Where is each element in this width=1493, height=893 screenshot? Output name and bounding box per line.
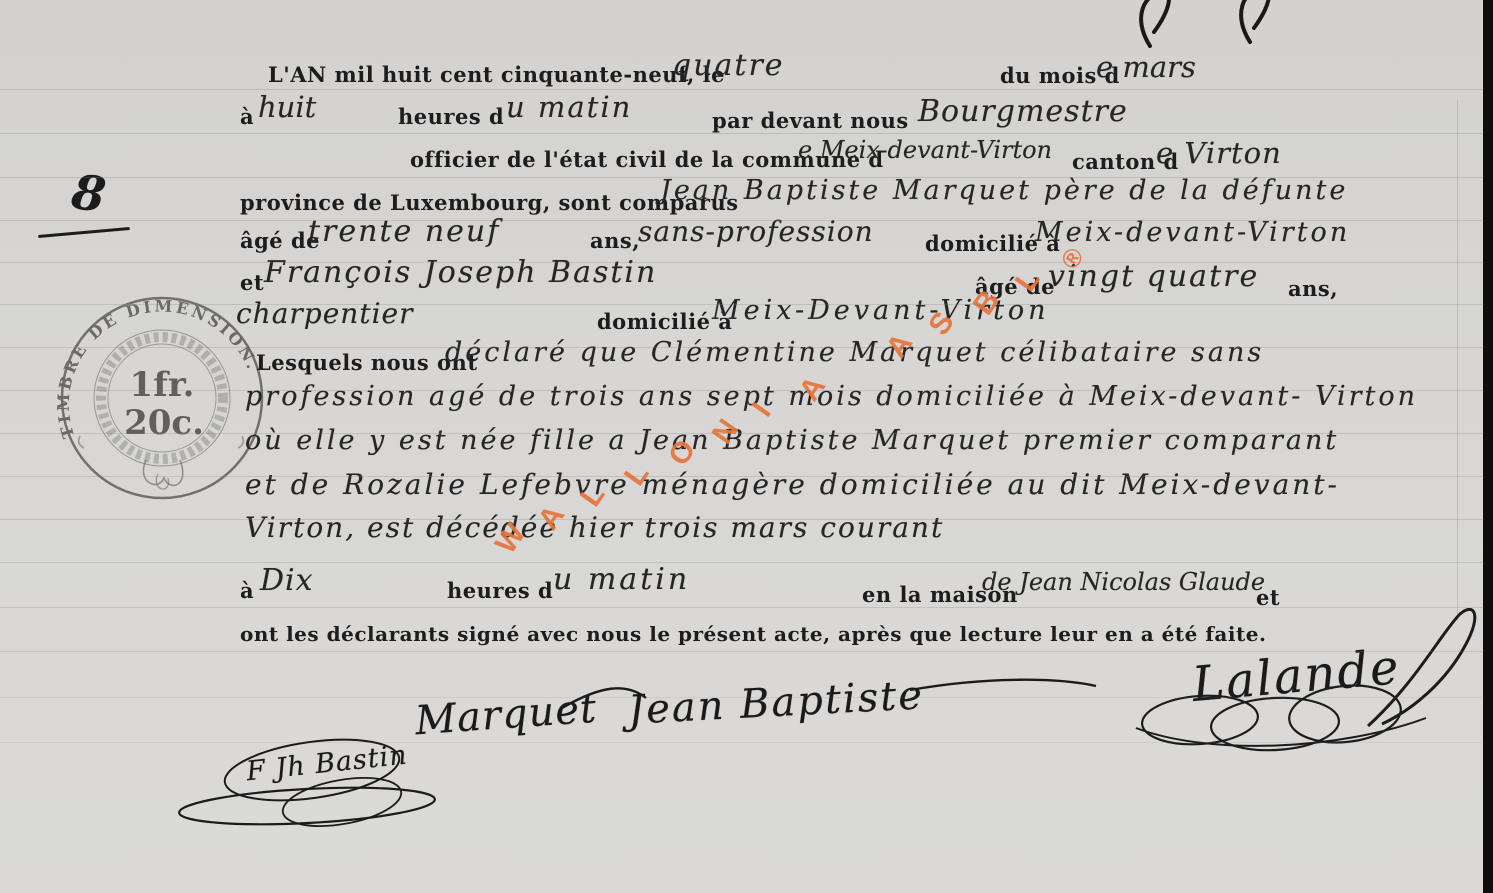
handwritten-text: vingt quatre (1048, 259, 1259, 294)
handwritten-text: e mars (1096, 50, 1196, 84)
handwritten-text: François Joseph Bastin (264, 255, 657, 290)
handwritten-text: de Jean Nicolas Glaude (982, 568, 1265, 596)
lalande-signature: Lalande (1190, 639, 1403, 713)
marquet-signature: Marquet (414, 686, 599, 745)
handwritten-text: quatre (672, 48, 785, 83)
handwritten-text: déclaré que Clémentine Marquet célibatai… (445, 337, 1264, 368)
printed-text: ans, (1288, 276, 1338, 301)
handwritten-text: où elle y est née fille a Jean Baptiste … (245, 425, 1339, 456)
handwritten-text: Bourgmestre (918, 94, 1128, 129)
handwritten-text: Virton, est décédée hier trois mars cour… (245, 511, 944, 544)
printed-text: à (240, 578, 254, 603)
printed-text: heures d (447, 578, 553, 603)
bastin-signature: F Jh Bastin (245, 740, 409, 788)
handwritten-text: charpentier (236, 297, 413, 330)
scanned-document-page: 8 TIMBRE DE DIMENSION. 1fr. 20c. L'AN mi… (0, 0, 1493, 893)
handwritten-text: e Virton (1156, 136, 1282, 170)
handwritten-text: profession agé de trois ans sept mois do… (245, 381, 1418, 412)
handwritten-text: et de Rozalie Lefebvre ménagère domicili… (245, 468, 1340, 501)
printed-text: L'AN mil huit cent cinquante-neuf, le (268, 62, 725, 87)
handwritten-text: huit (258, 90, 316, 124)
printed-text: heures d (398, 104, 504, 129)
handwritten-text: Meix-Devant-Virton (712, 295, 1050, 326)
handwritten-text: Jean Baptiste Marquet père de la défunte (660, 175, 1348, 206)
handwritten-text: sans-profession (638, 215, 874, 248)
handwritten-text: Meix-devant-Virton (1035, 217, 1350, 248)
text-layer: L'AN mil huit cent cinquante-neuf, lequa… (0, 0, 1493, 893)
printed-text: et (240, 270, 264, 295)
handwritten-text: u matin (553, 562, 690, 597)
printed-text: ont les déclarants signé avec nous le pr… (240, 622, 1266, 646)
printed-text: et (1256, 585, 1280, 610)
jean-baptiste-signature: Jean Baptiste (627, 672, 925, 733)
handwritten-text: Dix (260, 563, 314, 598)
printed-text: ans, (590, 228, 640, 253)
printed-text: à (240, 104, 254, 129)
printed-text: par devant nous (712, 108, 909, 133)
handwritten-text: e Meix-devant-Virton (798, 136, 1052, 164)
handwritten-text: trente neuf (308, 214, 500, 249)
handwritten-text: u matin (506, 90, 632, 124)
